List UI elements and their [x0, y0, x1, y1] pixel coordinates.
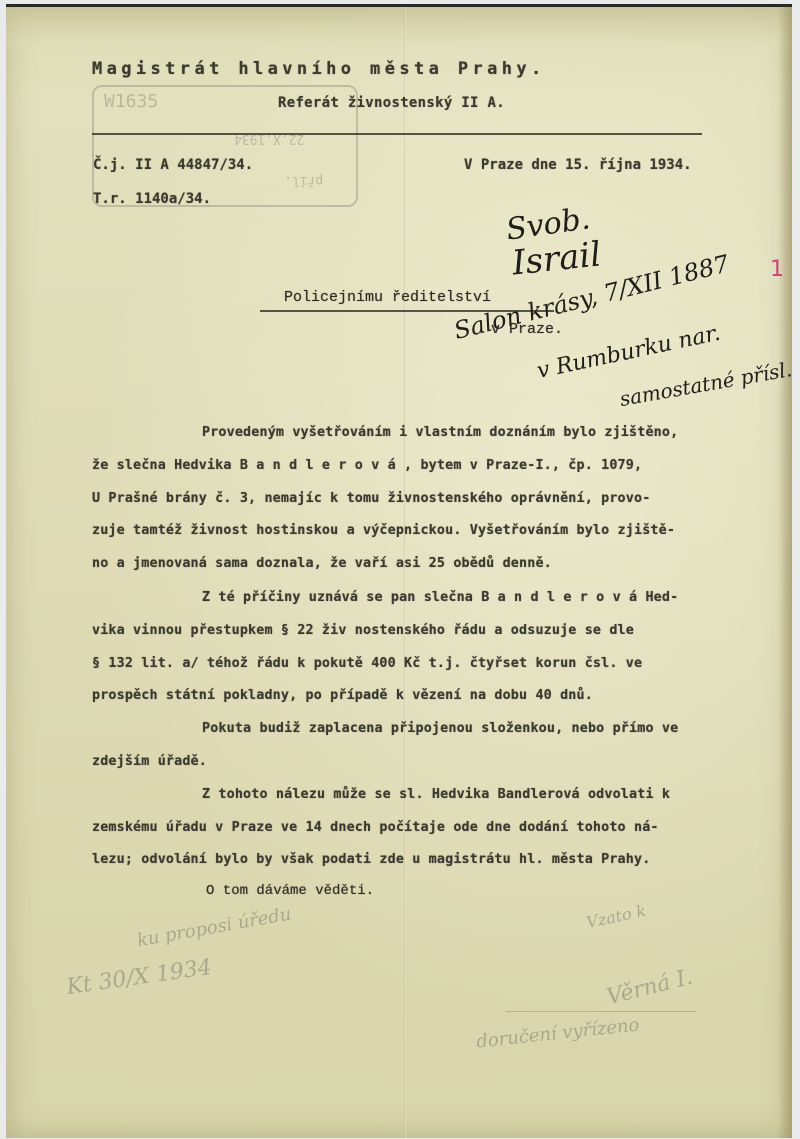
stamp-attachment: příl. [284, 173, 323, 188]
body-line-14: lezu; odvolání bylo by však podati zde u… [92, 852, 650, 867]
closing-line: O tom dáváme věděti. [206, 883, 374, 899]
pencil-note-bottom-left-2: Kt 30/X 1934 [65, 955, 213, 1000]
issuer-department: Referát živnostenský II A. [278, 95, 505, 111]
header-rule [92, 133, 702, 135]
handwritten-note-line3: samostatné přísl. [618, 357, 792, 411]
pencil-rule [506, 1011, 696, 1012]
pencil-note-bottom-right-1: Vzato k [585, 901, 648, 932]
registry-number: T.r. 1140a/34. [93, 191, 211, 207]
stamp-number: W1635 [104, 91, 158, 112]
paper-fold-shadow [6, 7, 792, 49]
body-line-10: Pokuta budiž zaplacena připojenou složen… [202, 721, 678, 736]
paper-crease [404, 7, 406, 1138]
issuer-title: Magistrát hlavního města Prahy. [92, 59, 546, 79]
pencil-note-bottom-right-3: doručení vyřízeno [475, 1015, 640, 1053]
recipient-name: Policejnímu ředitelství [284, 289, 491, 306]
case-number: Č.j. II A 44847/34. [93, 157, 253, 173]
body-line-4: zuje tamtéž živnost hostinskou a výčepni… [92, 523, 675, 538]
body-line-8: § 132 lit. a/ téhož řádu k pokutě 400 Kč… [92, 656, 642, 671]
date-line: V Praze dne 15. října 1934. [464, 157, 692, 173]
body-line-13: zemskému úřadu v Praze ve 14 dnech počít… [92, 820, 659, 835]
body-line-6: Z té příčiny uznává se pan slečna B a n … [202, 590, 678, 605]
pencil-note-bottom-left-1: ku proposi úředu [135, 904, 293, 952]
body-line-7: vika vinnou přestupkem § 22 živ nostensk… [92, 623, 634, 638]
paper-edge [778, 7, 792, 1138]
document-page: W1635 22.X.1934 příl. Magistrát hlavního… [6, 4, 792, 1138]
body-line-11: zdejším úřadě. [92, 754, 207, 769]
body-line-3: U Prašné brány č. 3, nemajíc k tomu živn… [92, 491, 650, 506]
pencil-note-bottom-right-2: Věrná I. [604, 965, 695, 1010]
handwritten-signature: Israil [510, 234, 603, 283]
body-line-2: že slečna Hedvika B a n d l e r o v á , … [92, 458, 642, 473]
body-line-9: prospěch státní pokladny, po případě k v… [92, 688, 593, 703]
red-pencil-mark: 1 [770, 257, 784, 282]
body-line-5: no a jmenovaná sama doznala, že vaří asi… [92, 556, 552, 571]
body-line-1: Provedeným vyšetřováním i vlastním dozná… [202, 425, 678, 440]
body-line-12: Z tohoto nálezu může se sl. Hedvika Band… [202, 787, 670, 802]
